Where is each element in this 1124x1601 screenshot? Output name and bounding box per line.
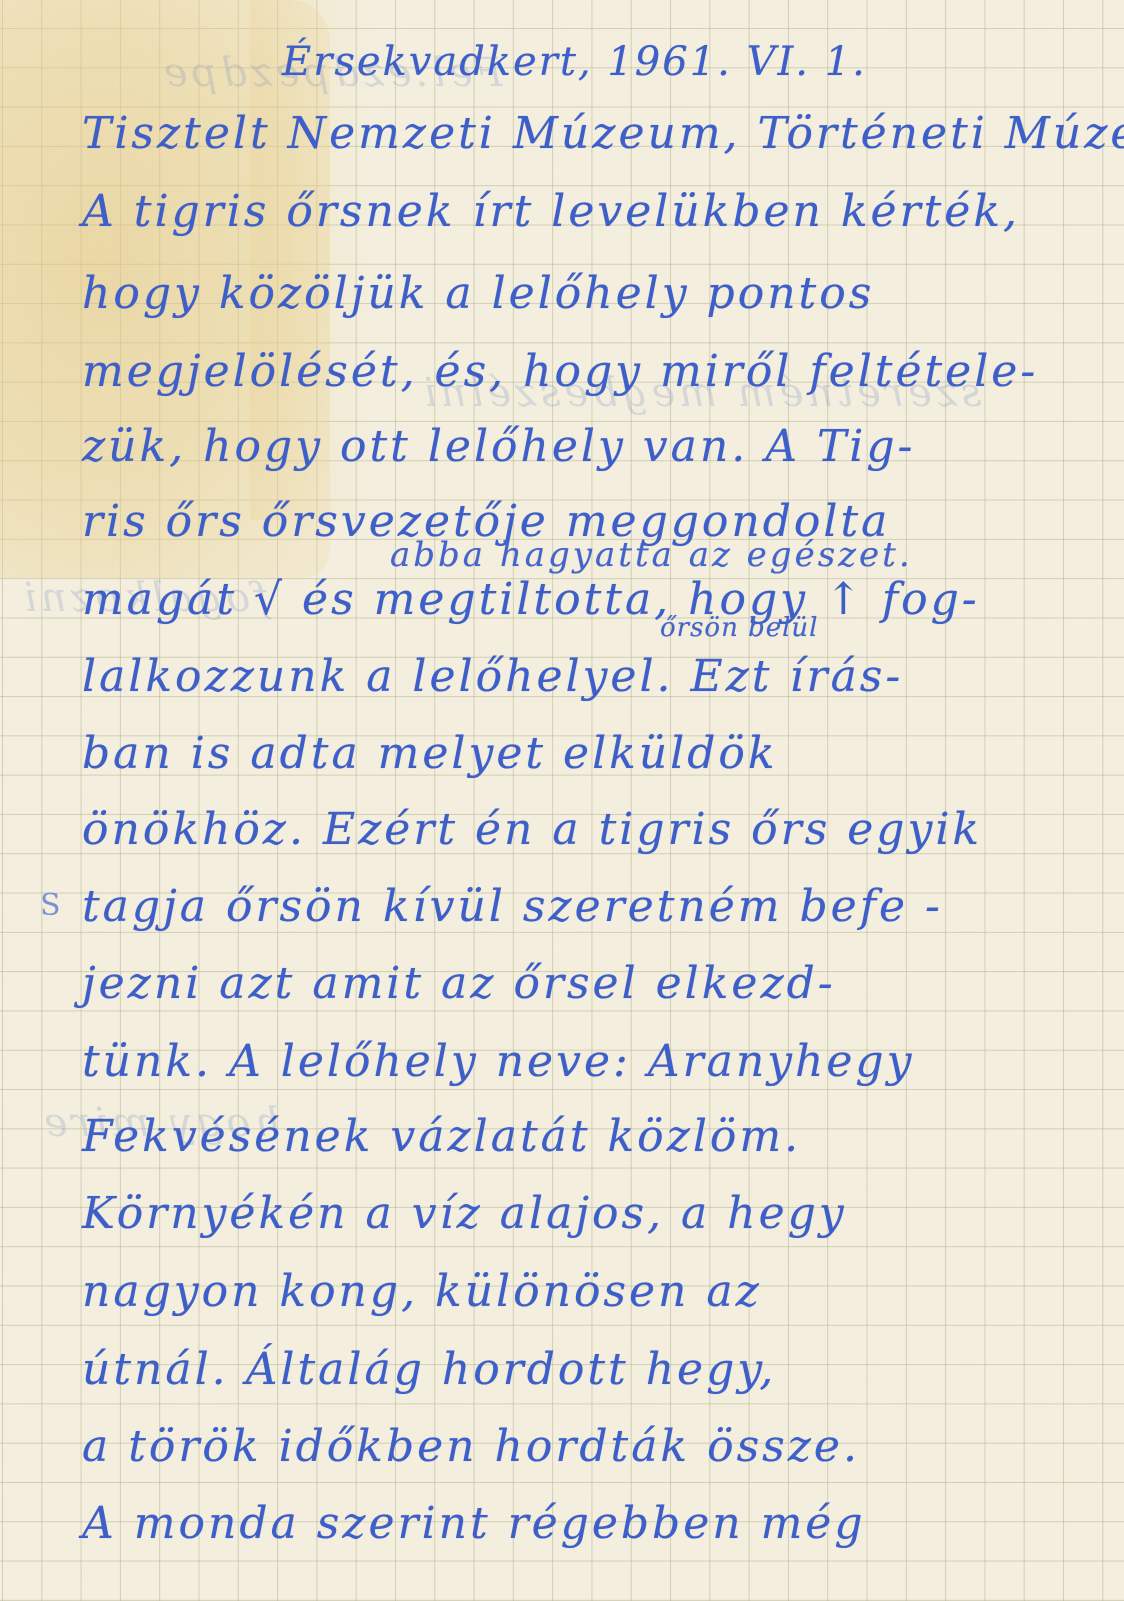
letter-line: útnál. Általág hordott hegy, [82,1348,776,1392]
margin-mark: S [40,888,61,923]
letter-line: önökhöz. Ezért én a tigris őrs egyik [82,808,982,852]
letter-line: jezni azt amit az őrsel elkezd- [82,962,836,1006]
place-date: Érsekvadkert, 1961. VI. 1. [282,42,867,82]
letter-line: Környékén a víz alajos, a hegy [82,1192,847,1236]
letter-line: lalkozzunk a lelőhelyel. Ezt írás- [82,655,903,699]
letter-line: megjelölését, és, hogy miről feltétele- [82,350,1038,394]
letter-line: A monda szerint régebben még [82,1502,866,1546]
letter-line: magát √ és megtiltotta, hogy ↑ fog- [82,578,980,622]
letter-line: tünk. A lelőhely neve: Aranyhegy [82,1040,914,1084]
insertion-above: abba hagyatta az egészet. [390,538,913,572]
letter-line: a török időkben hordták össze. [82,1425,860,1469]
letter-page: Fel.ezdpezdpe szeretném megbeszélni foga… [0,0,1124,1601]
letter-line: ban is adta melyet elküldök [82,732,778,776]
letter-line: A tigris őrsnek írt levelükben kérték, [82,190,1020,234]
letter-line: nagyon kong, különösen az [82,1270,762,1314]
insertion-below: őrsön belül [660,615,819,641]
letter-line: hogy közöljük a lelőhely pontos [82,272,874,316]
letter-line: tagja őrsön kívül szeretném befe - [82,885,943,929]
salutation: Tisztelt Nemzeti Múzeum, Történeti Múzeu… [82,112,1124,156]
letter-line: zük, hogy ott lelőhely van. A Tig- [82,425,915,469]
letter-line: Fekvésének vázlatát közlöm. [82,1115,801,1159]
